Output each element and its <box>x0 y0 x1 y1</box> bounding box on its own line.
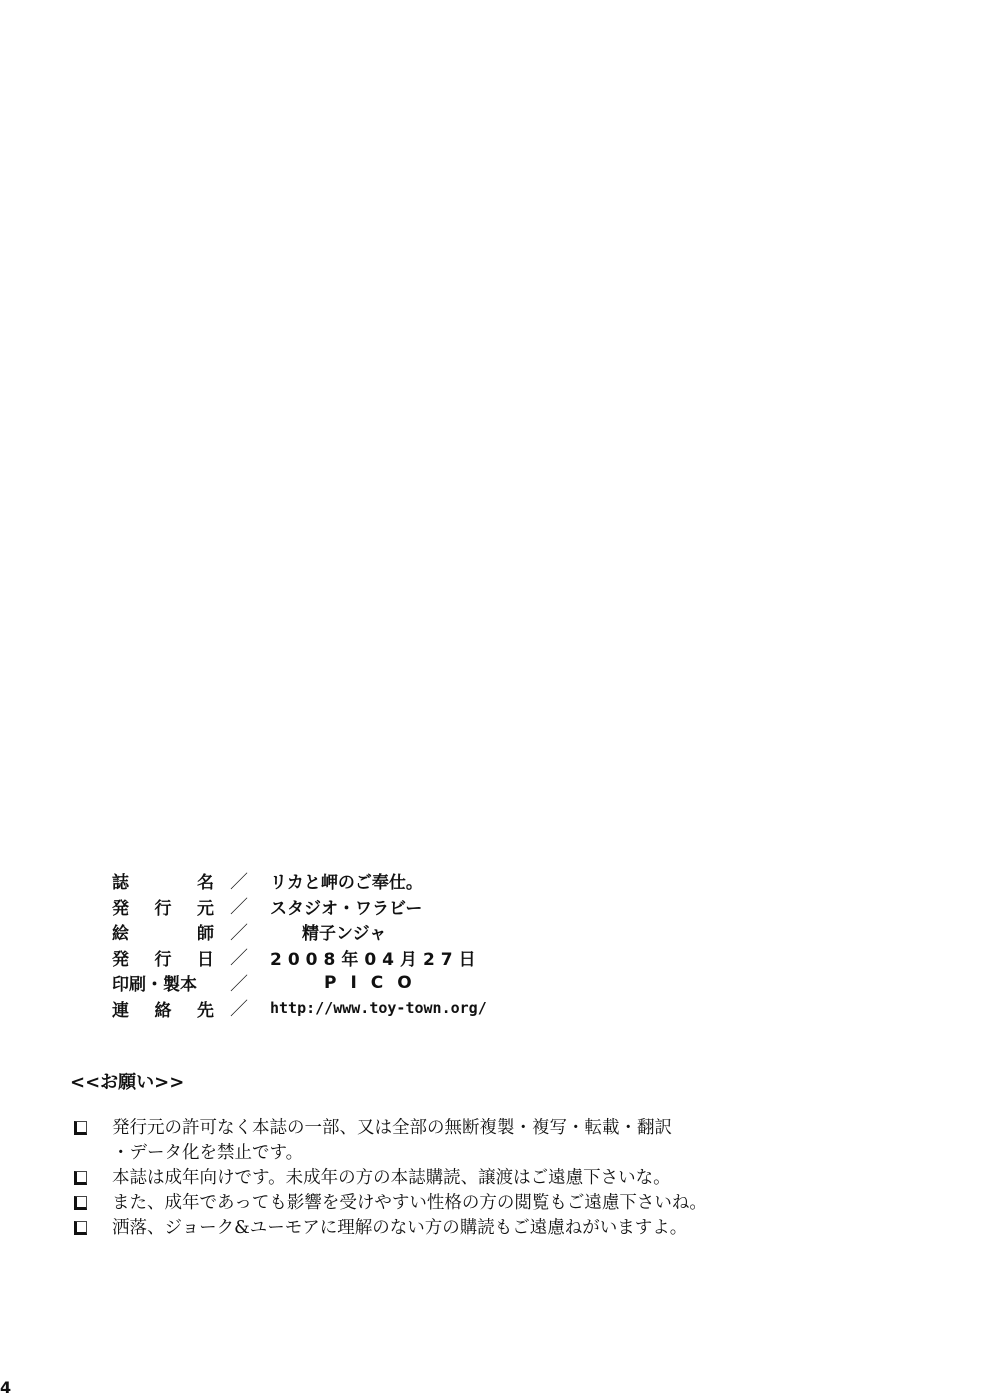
notice-list: 発行元の許可なく本誌の一部、又は全部の無断複製・複写・転載・翻訳 ・データ化を禁… <box>70 1116 707 1241</box>
label-char: 先 <box>197 996 214 1021</box>
row-label: 誌 名 <box>112 868 214 893</box>
row-label: 絵 師 <box>112 919 214 944</box>
row-label: 発 行 元 <box>112 894 214 919</box>
notice-text: また、成年であっても影響を受けやすい性格の方の閲覧もご遠慮下さいね。 <box>112 1193 707 1213</box>
notice-heading: <<お願い>> <box>70 1068 184 1094</box>
label-char: 連 <box>112 996 129 1021</box>
checkbox-icon <box>74 1221 87 1235</box>
checkbox-icon <box>74 1196 87 1210</box>
contact-url: http://www.toy-town.org/ <box>270 999 487 1017</box>
label-char: 日 <box>197 945 214 970</box>
notice-text-continued: ・データ化を禁止です。 <box>112 1141 707 1166</box>
page-number: 4 <box>0 1378 11 1397</box>
colophon-row-contact: 連 絡 先 ／ http://www.toy-town.org/ <box>112 996 214 1022</box>
colophon-row-publisher: 発 行 元 ／ スタジオ・ワラビー <box>112 894 214 920</box>
separator: ／ <box>230 919 248 945</box>
label-char: 印刷・製本 <box>112 970 197 995</box>
notice-text: 発行元の許可なく本誌の一部、又は全部の無断複製・複写・転載・翻訳 <box>112 1118 672 1138</box>
label-char: 誌 <box>112 868 129 893</box>
label-char: 名 <box>197 868 214 893</box>
label-char: 絡 <box>155 996 172 1021</box>
label-char: 師 <box>197 919 214 944</box>
printer-value: PICO <box>324 973 426 993</box>
checkbox-icon <box>74 1121 87 1135</box>
row-label: 発 行 日 <box>112 945 214 970</box>
notice-text: 洒落、ジョーク&ユーモアに理解のない方の購読もご遠慮ねがいますよ。 <box>112 1218 687 1238</box>
artist-value: 精子ンジャ <box>302 919 386 944</box>
publisher-value: スタジオ・ワラビー <box>270 894 422 919</box>
notice-item: 発行元の許可なく本誌の一部、又は全部の無断複製・複写・転載・翻訳 ・データ化を禁… <box>70 1116 707 1166</box>
colophon-row-printer: 印刷・製本 ／ PICO <box>112 970 214 996</box>
label-char: 絵 <box>112 919 129 944</box>
row-label: 印刷・製本 <box>112 970 214 995</box>
separator: ／ <box>230 995 248 1021</box>
label-char: 行 <box>155 894 172 919</box>
label-char: 発 <box>112 945 129 970</box>
label-char: 行 <box>155 945 172 970</box>
row-label: 連 絡 先 <box>112 996 214 1021</box>
notice-item: 本誌は成年向けです。未成年の方の本誌購読、譲渡はご遠慮下さいな。 <box>70 1166 707 1191</box>
colophon-row-artist: 絵 師 ／ 精子ンジャ <box>112 919 214 945</box>
label-char: 元 <box>197 894 214 919</box>
notice-item: 洒落、ジョーク&ユーモアに理解のない方の購読もご遠慮ねがいますよ。 <box>70 1216 707 1241</box>
colophon-row-date: 発 行 日 ／ 2008年04月27日 <box>112 945 214 971</box>
colophon: 誌 名 ／ リカと岬のご奉仕。 発 行 元 ／ スタジオ・ワラビー 絵 師 ／ … <box>112 868 214 1021</box>
separator: ／ <box>230 893 248 919</box>
notice-item: また、成年であっても影響を受けやすい性格の方の閲覧もご遠慮下さいね。 <box>70 1191 707 1216</box>
notice-text: 本誌は成年向けです。未成年の方の本誌購読、譲渡はご遠慮下さいな。 <box>112 1168 671 1188</box>
title-value: リカと岬のご奉仕。 <box>270 868 423 893</box>
colophon-row-title: 誌 名 ／ リカと岬のご奉仕。 <box>112 868 214 894</box>
label-char: 発 <box>112 894 129 919</box>
checkbox-icon <box>74 1171 87 1185</box>
separator: ／ <box>230 868 248 894</box>
separator: ／ <box>230 944 248 970</box>
date-value: 2008年04月27日 <box>270 945 482 970</box>
separator: ／ <box>230 970 248 996</box>
